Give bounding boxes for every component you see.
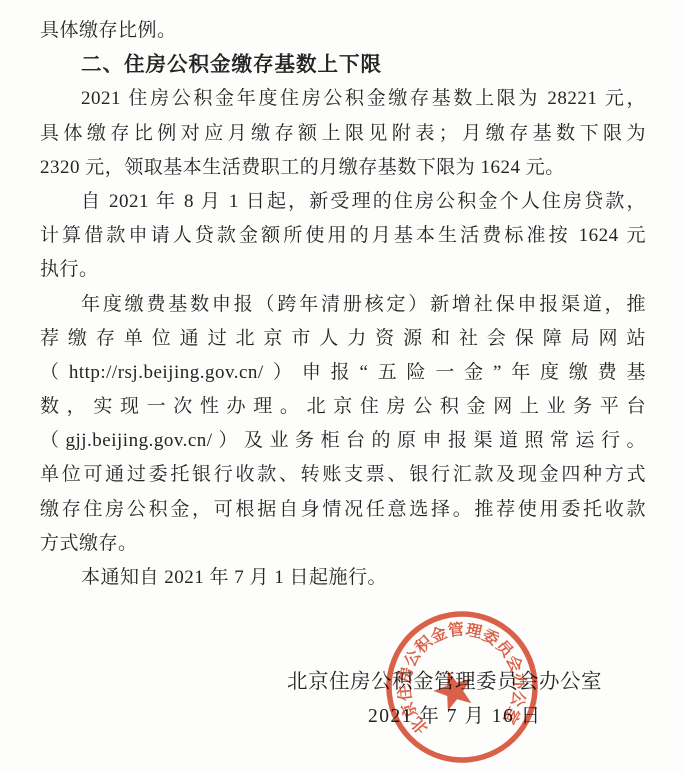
seal-star-icon bbox=[429, 665, 479, 713]
section-heading: 二、住房公积金缴存基数上下限 bbox=[40, 48, 646, 82]
document-line: 单位可通过委托银行收款、转账支票、银行汇款及现金四种方式 bbox=[40, 458, 646, 492]
document-line: 自 2021 年 8 月 1 日起，新受理的住房公积金个人住房贷款， bbox=[40, 185, 646, 219]
document-line: 年度缴费基数申报（跨年清册核定）新增社保申报渠道，推 bbox=[40, 288, 646, 322]
document-line: 2021 住房公积金年度住房公积金缴存基数上限为 28221 元， bbox=[40, 82, 646, 116]
document-line: 缴存住房公积金，可根据自身情况任意选择。推荐使用委托收款 bbox=[40, 493, 646, 527]
document-line: 数，实现一次性办理。北京住房公积金网上业务平台 bbox=[40, 390, 646, 424]
document-line: 2320 元，领取基本生活费职工的月缴存基数下限为 1624 元。 bbox=[40, 151, 646, 185]
document-line: 计算借款申请人贷款金额所使用的月基本生活费标准按 1624 元 bbox=[40, 219, 646, 253]
document-line: 荐缴存单位通过北京市人力资源和社会保障局网站 bbox=[40, 322, 646, 356]
official-seal: 北京住房公积金管理委员会办公室 bbox=[373, 598, 551, 774]
document-line: 具体缴存比例对应月缴存额上限见附表；月缴存基数下限为 bbox=[40, 117, 646, 151]
document-line: 执行。 bbox=[40, 253, 646, 287]
document-page: 具体缴存比例。 二、住房公积金缴存基数上下限 2021 住房公积金年度住房公积金… bbox=[0, 0, 684, 774]
document-line: 本通知自 2021 年 7 月 1 日起施行。 bbox=[40, 561, 646, 595]
document-line: （gjj.beijing.gov.cn/）及业务柜台的原申报渠道照常运行。 bbox=[40, 424, 646, 458]
document-line: 方式缴存。 bbox=[40, 527, 646, 561]
document-line: （http://rsj.beijing.gov.cn/）申报“五险一金”年度缴费… bbox=[40, 356, 646, 390]
document-line: 具体缴存比例。 bbox=[40, 14, 646, 48]
document-body: 具体缴存比例。 二、住房公积金缴存基数上下限 2021 住房公积金年度住房公积金… bbox=[40, 14, 646, 595]
